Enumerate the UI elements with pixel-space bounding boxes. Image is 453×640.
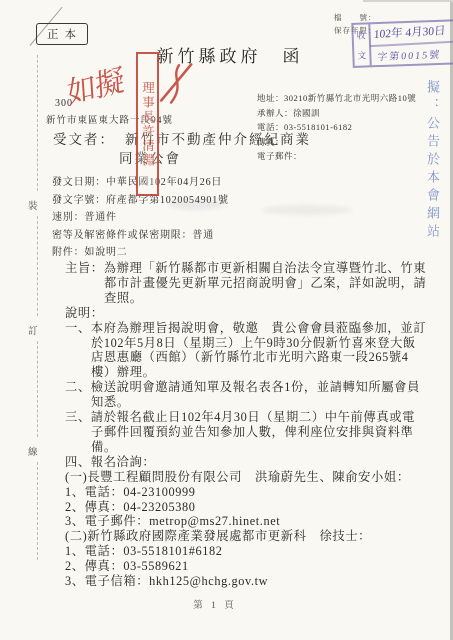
item-text: 檢送說明會邀請通知單及報名表各1份，並請轉知所屬會員知悉。 [91,380,420,409]
received-number-handwritten: 字第0015號 [370,43,453,65]
subject-paragraph: 主旨：為辦理「新竹縣都市更新相關自治法令宣導暨竹北、竹東都市計畫優先更新單元招商… [65,261,427,306]
scanned-official-letter: 正本 檔 號： 保存年限： 收 文 102年 4月30日 字第0015號 新竹縣… [0,0,453,640]
received-stamp-char-top: 收 [356,29,365,42]
contact-1-phone: 1、電話：04-23100999 [65,485,427,500]
item-marker: 3、 [65,574,85,588]
side-note-vertical-stamp: 擬：公告於本會網站 [423,80,442,242]
item-text: 請於報名截止日102年4月30日（星期二）中午前傳真或電子郵件回覆預約並告知參加… [91,410,415,454]
binding-mark-xian: 線 [28,444,38,458]
item-marker: (二) [65,529,87,543]
subject-text: 為辦理「新竹縣都市更新相關自治法令宣導暨竹北、竹東都市計畫優先更新單元招商說明會… [104,261,427,305]
contact-group-2-title: (二)新竹縣政府國際產業發展處都市更新科 徐技士： [65,529,427,544]
item-text: 報名洽詢： [91,455,156,469]
item-text: 電子郵件：metrop@ms27.hinet.net [85,514,281,528]
received-stamp-column: 收 文 [353,24,371,66]
approval-handwriting: 如擬 [65,55,124,114]
item-text: 電話：03-5518101#6182 [85,544,223,558]
item-marker: 3、 [65,514,85,528]
item-text: 傳真：03-5589621 [85,559,189,573]
contact-2-phone: 1、電話：03-5518101#6182 [65,544,427,559]
copy-type-box: 正本 [36,23,88,45]
item-marker: 三、 [65,410,91,424]
explanation-item-1: 一、本府為辦理旨揭說明會，敬邀 貴公會會員蒞臨參加，並訂於102年5月8日（星期… [65,321,427,381]
chairman-name-stamp: 理事長許清淵 [136,52,159,196]
binding-dashed-line [37,55,38,191]
item-marker: 1、 [65,544,85,558]
contact-2-fax: 2、傳真：03-5589621 [65,559,427,574]
sender-email: 電子郵件： [257,149,416,164]
letter-body: 主旨：為辦理「新竹縣都市更新相關自治法令宣導暨竹北、竹東都市計畫優先更新單元招商… [65,261,427,589]
item-marker: 1、 [65,485,85,499]
scan-smudge [262,205,352,215]
sender-address: 地址：30210新竹縣竹北市光明六路10號 [257,91,416,106]
scan-smudge [168,199,223,210]
contact-1-email: 3、電子郵件：metrop@ms27.hinet.net [65,514,427,529]
sender-person: 承辦人：徐國訓 [257,106,416,121]
contact-2-email: 3、電子信箱：hkh125@hchg.gov.tw [65,574,427,589]
explanation-item-2: 二、檢送說明會邀請通知單及報名表各1份，並請轉知所屬會員知悉。 [65,380,427,410]
item-marker: 2、 [65,500,85,514]
explanation-item-4: 四、報名洽詢： [65,455,427,470]
binding-dashed-line [37,216,38,316]
item-text: 電話：04-23100999 [85,485,196,499]
explanation-label: 說明： [65,306,427,321]
recipient-label: 受文者： [53,132,115,147]
explanation-item-3: 三、請於報名截止日102年4月30日（星期二）中午前傳真或電子郵件回覆預約並告知… [65,410,427,455]
item-marker: 2、 [65,559,85,573]
page-number: 第 1 頁 [0,597,430,611]
item-marker: 一、 [65,321,91,335]
binding-mark-ding: 訂 [28,323,38,337]
received-date-stamp: 收 文 102年 4月30日 字第0015號 [351,19,453,68]
signature-squiggle-icon [155,56,196,112]
security-classification: 密等及解密條件或保密期限：普通 [52,227,229,245]
subject-label: 主旨： [65,261,104,275]
item-marker: 四、 [65,455,91,469]
item-text: 電子信箱：hkh125@hchg.gov.tw [85,574,269,588]
scan-edge-top [363,0,453,2]
binding-dashed-line [37,341,38,437]
item-marker: 二、 [65,380,91,394]
item-text: 新竹縣政府國際產業發展處都市更新科 徐技士： [87,529,371,543]
item-text: 傳真：04-23205380 [85,500,196,514]
contact-1-fax: 2、傳真：04-23205380 [65,500,427,515]
received-stamp-fields: 102年 4月30日 字第0015號 [370,21,453,65]
item-text: 本府為辦理旨揭說明會，敬邀 貴公會會員蒞臨參加，並訂於102年5月8日（星期三）… [91,321,426,380]
contact-group-1-title: (一)長豐工程顧問股份有限公司 洪瑜蔚先生、陳俞安小姐： [65,470,427,485]
recipient-line: 受文者：新竹市不動產仲介經紀商業 [53,128,311,148]
priority-level: 速別：普通件 [52,209,229,227]
copy-type-label: 正本 [47,29,82,41]
received-stamp-char-bottom: 文 [357,48,366,61]
binding-mark-zhuang: 裝 [28,198,38,212]
item-text: 長豐工程顧問股份有限公司 洪瑜蔚先生、陳俞安小姐： [87,470,409,484]
item-marker: (一) [65,470,87,484]
binding-dashed-line [37,462,38,560]
attachment-note: 附件：如說明二 [52,244,229,262]
